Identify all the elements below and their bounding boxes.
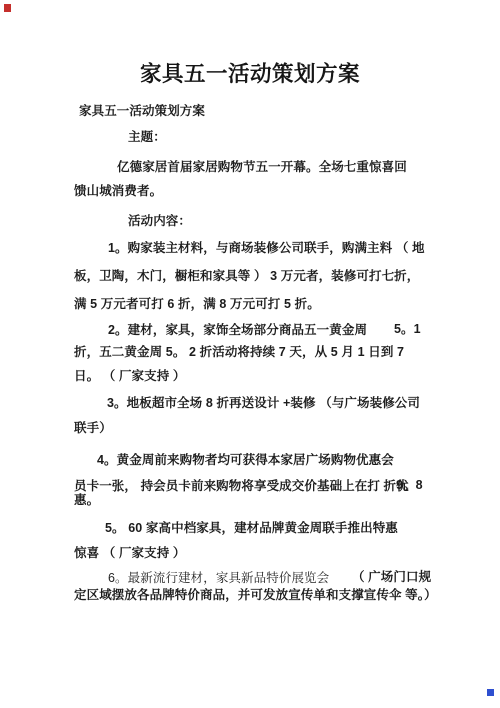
item-1-line-3: 满 5 万元者可打 6 折，满 8 万元可打 5 折。 <box>74 297 320 312</box>
doc-subtitle: 家具五一活动策划方案 <box>79 104 205 119</box>
item-4-line-3: 惠。 <box>74 493 99 508</box>
item-1-line-1: 1。购家装主材料，与商场装修公司联手，购满主料 （ 地 <box>108 241 425 256</box>
item-4-value: 9。8 <box>396 478 423 493</box>
item-2-line-3: 日。 （ 厂家支持 ） <box>74 369 186 384</box>
item-2-value: 5。1 <box>394 322 421 337</box>
item-4-line-2: 员卡一张， 持会员卡前来购物将享受成交价基础上在打 折优 <box>74 479 409 494</box>
item-1-line-2: 板，卫陶，木门，橱柜和家具等 ） 3 万元者，装修可打七折， <box>74 269 419 284</box>
theme-line-2: 馈山城消费者。 <box>74 184 162 199</box>
item-6-line-1: 6。最新流行建材，家具新品特价展览会 <box>108 571 329 586</box>
item-6-line-2: 定区域摆放各品牌特价商品，并可发放宣传单和支撑宣传伞 等。） <box>74 588 437 603</box>
item-5-line-1: 5。 60 家高中档家具，建材品牌黄金周联手推出特惠 <box>105 521 398 536</box>
theme-line-1: 亿德家居首届家居购物节五一开幕。全场七重惊喜回 <box>117 160 407 175</box>
item-2-line-2: 折，五二黄金周 5。 2 折活动将持续 7 天，从 5 月 1 日到 7 <box>74 345 404 360</box>
item-4-line-1: 4。黄金周前来购物者均可获得本家居广场购物优惠会 <box>97 453 394 468</box>
item-5-line-2: 惊喜 （ 厂家支持 ） <box>74 546 186 561</box>
document-page: 家具五一活动策划方案 家具五一活动策划方案 主题： 亿德家居首届家居购物节五一开… <box>0 0 500 708</box>
corner-mark-top-left <box>4 4 11 12</box>
item-3-line-1: 3。地板超市全场 8 折再送设计 +装修 （与广场装修公司 <box>107 396 420 411</box>
corner-mark-bottom-right <box>487 689 494 696</box>
theme-label: 主题： <box>128 130 166 145</box>
item-2-line-1: 2。建材，家具，家饰全场部分商品五一黄金周 <box>108 323 367 338</box>
item-3-line-2: 联手） <box>74 421 112 436</box>
page-title: 家具五一活动策划方案 <box>0 62 500 88</box>
content-label: 活动内容： <box>128 214 191 229</box>
item-6-note: （ 广场门口规 <box>352 570 431 585</box>
